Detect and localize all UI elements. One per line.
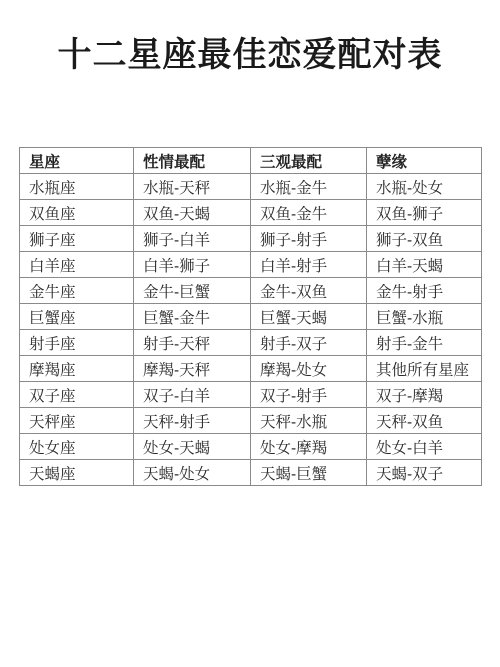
table-cell: 巨蟹-天蝎 [251, 304, 367, 330]
table-body: 水瓶座水瓶-天秤水瓶-金牛水瓶-处女双鱼座双鱼-天蝎双鱼-金牛双鱼-狮子狮子座狮… [20, 174, 482, 486]
table-cell: 双鱼座 [20, 200, 134, 226]
table-row: 射手座射手-天秤射手-双子射手-金牛 [20, 330, 482, 356]
table-cell: 巨蟹-水瓶 [367, 304, 482, 330]
table-cell: 射手-天秤 [134, 330, 251, 356]
table-cell: 双子-白羊 [134, 382, 251, 408]
poster: { "page": { "title": "十二星座最佳恋爱配对表" }, "c… [0, 0, 500, 667]
table-cell: 金牛-双鱼 [251, 278, 367, 304]
table-row: 天秤座天秤-射手天秤-水瓶天秤-双鱼 [20, 408, 482, 434]
table-row: 水瓶座水瓶-天秤水瓶-金牛水瓶-处女 [20, 174, 482, 200]
column-header: 孽缘 [367, 148, 482, 174]
table-row: 金牛座金牛-巨蟹金牛-双鱼金牛-射手 [20, 278, 482, 304]
column-header: 性情最配 [134, 148, 251, 174]
table-cell: 狮子-双鱼 [367, 226, 482, 252]
table-cell: 双鱼-金牛 [251, 200, 367, 226]
table-cell: 处女-天蝎 [134, 434, 251, 460]
table-cell: 摩羯座 [20, 356, 134, 382]
table-cell: 水瓶-金牛 [251, 174, 367, 200]
table-cell: 天秤-双鱼 [367, 408, 482, 434]
table-row: 狮子座狮子-白羊狮子-射手狮子-双鱼 [20, 226, 482, 252]
table-cell: 双鱼-狮子 [367, 200, 482, 226]
table-cell: 巨蟹座 [20, 304, 134, 330]
table-cell: 白羊-狮子 [134, 252, 251, 278]
table-row: 摩羯座摩羯-天秤摩羯-处女其他所有星座 [20, 356, 482, 382]
table-cell: 摩羯-天秤 [134, 356, 251, 382]
table-cell: 天蝎-巨蟹 [251, 460, 367, 486]
table-cell: 处女-白羊 [367, 434, 482, 460]
table-row: 处女座处女-天蝎处女-摩羯处女-白羊 [20, 434, 482, 460]
table-cell: 白羊-天蝎 [367, 252, 482, 278]
table-cell: 双鱼-天蝎 [134, 200, 251, 226]
table-row: 白羊座白羊-狮子白羊-射手白羊-天蝎 [20, 252, 482, 278]
table-cell: 摩羯-处女 [251, 356, 367, 382]
table-cell: 金牛座 [20, 278, 134, 304]
table-cell: 天秤-水瓶 [251, 408, 367, 434]
table-cell: 巨蟹-金牛 [134, 304, 251, 330]
table-cell: 射手座 [20, 330, 134, 356]
table-cell: 白羊-射手 [251, 252, 367, 278]
table-cell: 金牛-射手 [367, 278, 482, 304]
column-header: 星座 [20, 148, 134, 174]
table-cell: 天秤座 [20, 408, 134, 434]
table-cell: 双子座 [20, 382, 134, 408]
table-cell: 处女座 [20, 434, 134, 460]
table-cell: 双子-射手 [251, 382, 367, 408]
table-cell: 白羊座 [20, 252, 134, 278]
table-header-row: 星座性情最配三观最配孽缘 [20, 148, 482, 174]
compatibility-table: 星座性情最配三观最配孽缘 水瓶座水瓶-天秤水瓶-金牛水瓶-处女双鱼座双鱼-天蝎双… [19, 147, 482, 486]
table-cell: 天蝎座 [20, 460, 134, 486]
table-cell: 射手-双子 [251, 330, 367, 356]
table-cell: 狮子-白羊 [134, 226, 251, 252]
table-cell: 水瓶座 [20, 174, 134, 200]
page-title: 十二星座最佳恋爱配对表 [0, 27, 500, 76]
table-row: 天蝎座天蝎-处女天蝎-巨蟹天蝎-双子 [20, 460, 482, 486]
table-cell: 狮子-射手 [251, 226, 367, 252]
table-row: 巨蟹座巨蟹-金牛巨蟹-天蝎巨蟹-水瓶 [20, 304, 482, 330]
table-row: 双鱼座双鱼-天蝎双鱼-金牛双鱼-狮子 [20, 200, 482, 226]
table-cell: 其他所有星座 [367, 356, 482, 382]
table-cell: 天秤-射手 [134, 408, 251, 434]
table-cell: 天蝎-处女 [134, 460, 251, 486]
table-cell: 射手-金牛 [367, 330, 482, 356]
table-cell: 水瓶-天秤 [134, 174, 251, 200]
table-cell: 金牛-巨蟹 [134, 278, 251, 304]
table-row: 双子座双子-白羊双子-射手双子-摩羯 [20, 382, 482, 408]
table-cell: 双子-摩羯 [367, 382, 482, 408]
table-cell: 天蝎-双子 [367, 460, 482, 486]
table-cell: 狮子座 [20, 226, 134, 252]
table-cell: 水瓶-处女 [367, 174, 482, 200]
table-cell: 处女-摩羯 [251, 434, 367, 460]
column-header: 三观最配 [251, 148, 367, 174]
